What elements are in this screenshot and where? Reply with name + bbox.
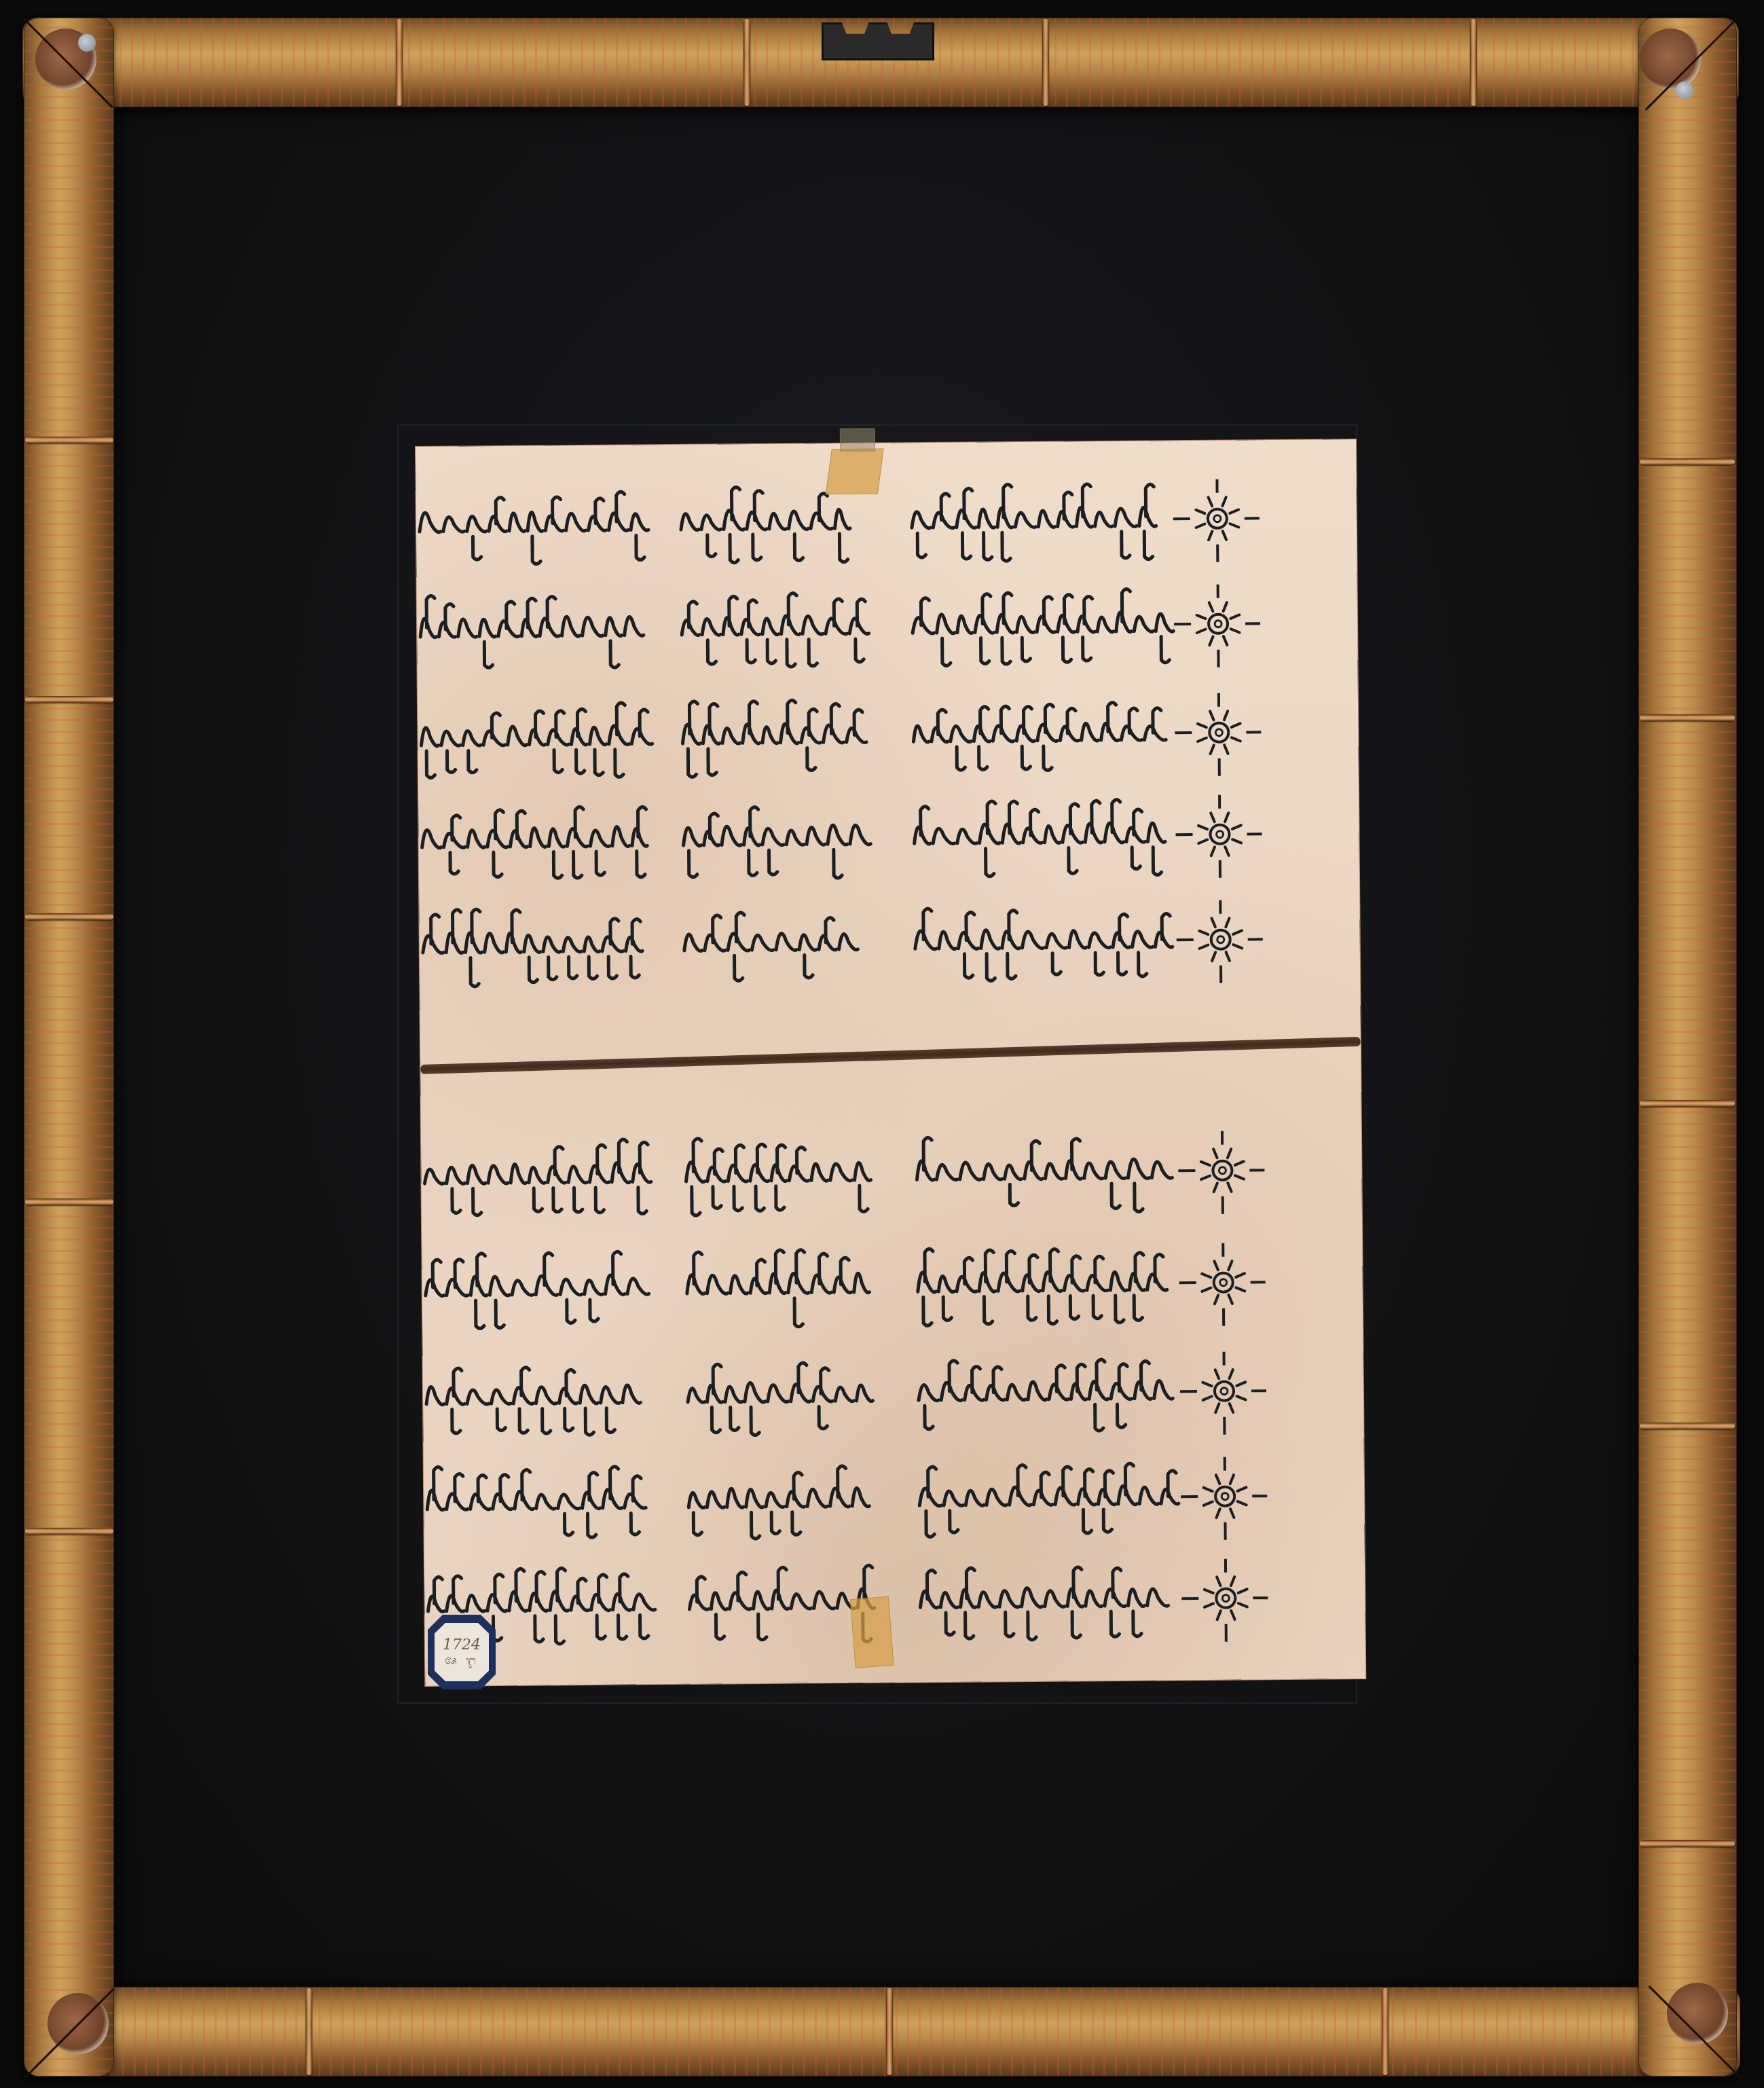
rosette-ornament-icon [1175, 794, 1262, 878]
fold-crease [420, 1037, 1361, 1074]
rosette-ornament-icon [1180, 1351, 1267, 1435]
catalogue-number: 1724 [443, 1637, 481, 1653]
script-line [419, 884, 1360, 993]
bamboo-node [25, 1528, 113, 1535]
rosette-ornament-icon [1179, 1243, 1266, 1326]
frame-left [24, 18, 114, 2076]
catalogue-sub-mark: ᬅ ᬇ [445, 1653, 479, 1667]
rosette-ornament-icon [1174, 584, 1261, 667]
frame-right [1638, 18, 1737, 2076]
tape-top [826, 449, 884, 495]
script-line [422, 1336, 1363, 1445]
bamboo-node [886, 1988, 893, 2075]
bamboo-node [1640, 1840, 1735, 1847]
script-line [416, 568, 1357, 678]
rosette-ornament-icon [1176, 900, 1263, 983]
rosette-ornament-icon [1178, 1131, 1265, 1214]
script-line [424, 1543, 1365, 1652]
catalogue-label-inner: 1724 ᬅ ᬇ [435, 1623, 489, 1681]
screw-icon [78, 34, 96, 52]
script-line [416, 463, 1357, 572]
bamboo-node [25, 437, 113, 443]
bamboo-node [1640, 458, 1735, 465]
bamboo-node [743, 19, 750, 106]
catalogue-label: 1724 ᬅ ᬇ [428, 1615, 496, 1689]
bamboo-node [1640, 714, 1735, 721]
script-line [424, 1441, 1365, 1550]
manuscript-page [416, 439, 1365, 1686]
script-line [418, 779, 1359, 888]
rosette-ornament-icon [1181, 1457, 1268, 1540]
screw-icon [1676, 81, 1693, 99]
bamboo-node [1470, 19, 1477, 106]
tape-top-upper [840, 428, 875, 452]
bamboo-node [306, 1988, 312, 2075]
frame-bottom [25, 1987, 1740, 2076]
rosette-ornament-icon [1175, 693, 1262, 776]
bamboo-node [25, 696, 113, 703]
bamboo-node [1640, 1100, 1735, 1107]
script-line [422, 1227, 1363, 1336]
rosette-ornament-icon [1181, 1558, 1268, 1642]
script-line [421, 1115, 1362, 1224]
corner-repair-top-right [1640, 29, 1701, 90]
bamboo-node [1640, 1423, 1735, 1429]
script-line [418, 677, 1359, 786]
bamboo-node [1042, 19, 1049, 106]
bamboo-node [396, 19, 403, 106]
bamboo-node [25, 913, 113, 920]
sawtooth-hanger [822, 22, 934, 60]
bamboo-node [25, 1198, 113, 1205]
bamboo-node [1382, 1988, 1389, 2075]
tape-bottom [850, 1596, 894, 1668]
rosette-ornament-icon [1173, 479, 1260, 562]
